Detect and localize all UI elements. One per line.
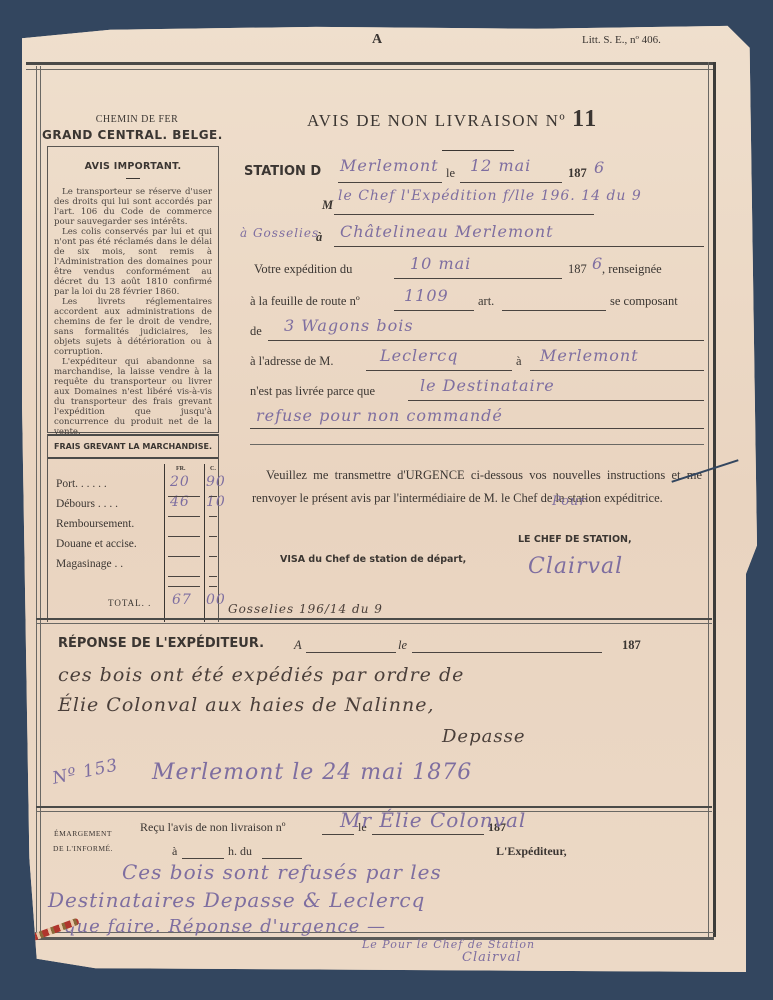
response-text-line2: Élie Colonval aux haies de Nalinne, xyxy=(58,694,435,716)
notice-paragraph: Les livrets réglementaires accordent aux… xyxy=(54,297,212,357)
ornament-divider xyxy=(442,150,514,151)
response-le-label: le xyxy=(398,638,407,653)
fill-line xyxy=(209,516,217,517)
gosselies-note: à Gosselies xyxy=(240,226,319,240)
year-prefix: 187 xyxy=(568,166,587,181)
station-label: STATION D xyxy=(244,164,321,179)
receipt-text-line1: Ces bois sont refusés par les xyxy=(122,860,442,884)
recu-a-label: à xyxy=(172,844,177,859)
adresse-a-label: à xyxy=(516,354,522,369)
fill-line xyxy=(168,556,200,557)
chef-signature: Clairval xyxy=(528,554,623,579)
fill-line xyxy=(168,586,200,587)
fill-line xyxy=(394,310,474,311)
document-sheet: A Litt. S. E., nº 406. CHEMIN DE FER GRA… xyxy=(22,24,757,972)
fill-line xyxy=(408,400,704,401)
expediteur-label: L'Expéditeur, xyxy=(496,844,567,859)
document-title: AVIS DE NON LIVRAISON Nº11 xyxy=(307,106,598,133)
title-number: 11 xyxy=(572,106,598,132)
composant-label: se composant xyxy=(610,294,678,309)
recu-h-label: h. du xyxy=(228,844,252,859)
expedition-label: Votre expédition du xyxy=(254,262,352,277)
emargement-label: ÉMARGEMENT DE L'INFORMÉ. xyxy=(42,826,124,856)
total-fr: 67 xyxy=(172,592,192,608)
fill-line xyxy=(209,556,217,557)
route-annotation: Gosselies 196/14 du 9 xyxy=(228,602,383,616)
notice-paragraph: Les colis conservés par lui et qui n'ont… xyxy=(54,227,212,297)
fill-line xyxy=(268,340,704,341)
charge-row-label: Douane et accise. xyxy=(56,538,137,550)
year-suffix: 6 xyxy=(594,158,605,177)
response-text-line1: ces bois ont été expédiés par ordre de xyxy=(58,664,464,686)
feuille-label: à la feuille de route nº xyxy=(250,294,360,309)
fill-line xyxy=(250,428,704,429)
form-letter: A xyxy=(372,32,382,48)
fill-line xyxy=(334,246,704,247)
receipt-text-line3: que faire. Réponse d'urgence — xyxy=(64,916,386,937)
fill-line xyxy=(182,858,224,859)
notice-rule xyxy=(126,178,140,179)
title-text: AVIS DE NON LIVRAISON Nº xyxy=(307,111,566,130)
instructions-text: Veuillez me transmettre d'URGENCE ci-des… xyxy=(252,464,702,510)
raison-label: n'est pas livrée parce que xyxy=(250,384,375,399)
fill-line xyxy=(306,652,396,653)
response-signature: Depasse xyxy=(442,726,525,747)
fill-line xyxy=(334,214,594,215)
station-value: Merlemont xyxy=(340,156,439,175)
company-name: GRAND CENTRAL. BELGE. xyxy=(42,110,242,142)
fill-line xyxy=(168,536,200,537)
column-divider xyxy=(204,464,205,622)
fill-line xyxy=(262,858,302,859)
frame-border-top xyxy=(26,62,714,70)
chef-de-station-label: LE CHEF DE STATION, xyxy=(518,534,632,545)
fill-line xyxy=(209,496,217,497)
charge-row-label: Débours . . . . xyxy=(56,498,118,510)
a-label: à xyxy=(316,230,322,245)
fill-line xyxy=(394,278,562,279)
fill-line xyxy=(168,496,200,497)
destination-value: Châtelineau Merlemont xyxy=(340,222,554,241)
charge-row-label: Remboursement. xyxy=(56,518,134,530)
charge-row-fr: 20 xyxy=(170,474,190,490)
reason-value-2: refuse pour non commandé xyxy=(256,406,503,425)
notice-paragraph: Le transporteur se réserve d'user des dr… xyxy=(54,187,212,227)
visa-label: VISA du Chef de station de départ, xyxy=(280,554,466,565)
recu-label: Reçu l'avis de non livraison nº xyxy=(140,820,286,835)
column-header-c: C. xyxy=(210,466,216,472)
charge-row-label: Magasinage . . xyxy=(56,558,123,570)
date-le-label: le xyxy=(446,166,455,181)
fill-line xyxy=(502,310,606,311)
charges-table: FRAIS GREVANT LA MARCHANDISE. FR. C. Por… xyxy=(47,434,219,622)
total-c: 00 xyxy=(206,592,226,608)
renseignee-label: , renseignée xyxy=(602,262,662,277)
total-label: TOTAL. . xyxy=(108,598,151,608)
fill-line xyxy=(168,576,200,577)
chef-signature-note: Pour xyxy=(552,494,587,509)
notice-paragraph: L'expéditeur qui abandonne sa marchandis… xyxy=(54,357,212,437)
receipt-text-line2: Destinataires Depasse & Leclercq xyxy=(48,888,425,912)
important-notice-box: AVIS IMPORTANT. Le transporteur se réser… xyxy=(47,146,219,433)
recipient-value: le Chef l'Expédition f/lle 196. 14 du 9 xyxy=(338,188,642,204)
fill-line xyxy=(372,834,484,835)
charges-heading: FRAIS GREVANT LA MARCHANDISE. xyxy=(48,434,218,459)
m-label: M xyxy=(322,198,333,213)
consignee-town: Merlemont xyxy=(540,346,639,365)
adresse-label: à l'adresse de M. xyxy=(250,354,333,369)
fill-line xyxy=(209,576,217,577)
fill-line xyxy=(338,182,442,183)
fill-line xyxy=(168,516,200,517)
column-header-fr: FR. xyxy=(176,466,186,472)
response-a-label: A xyxy=(294,638,302,653)
fill-line xyxy=(460,182,562,183)
emargement-line1: ÉMARGEMENT xyxy=(42,826,124,841)
receipt-footer-signature: Clairval xyxy=(462,950,521,965)
contents-value: 3 Wagons bois xyxy=(284,316,414,335)
date-value: 12 mai xyxy=(470,156,531,175)
receipt-name: Mr Élie Colonval xyxy=(340,808,526,832)
section-divider xyxy=(36,618,712,624)
expedition-year-prefix: 187 xyxy=(568,262,587,277)
response-heading: RÉPONSE DE L'EXPÉDITEUR. xyxy=(58,636,264,651)
response-year: 187 xyxy=(622,638,641,653)
reason-value-1: le Destinataire xyxy=(420,376,555,395)
expedition-date: 10 mai xyxy=(410,254,471,273)
emargement-line2: DE L'INFORMÉ. xyxy=(42,841,124,856)
consignee-value: Leclercq xyxy=(380,346,459,365)
column-divider xyxy=(164,464,165,622)
fill-line xyxy=(530,370,704,371)
form-reference: Litt. S. E., nº 406. xyxy=(582,34,661,46)
response-ref-number: Nº 153 xyxy=(51,755,120,788)
fill-line xyxy=(366,370,512,371)
fill-line xyxy=(322,834,354,835)
fill-line xyxy=(209,586,217,587)
section-divider xyxy=(250,444,704,445)
charge-row-label: Port. . . . . . xyxy=(56,478,107,490)
charge-row-c: 90 xyxy=(206,474,226,490)
fill-line xyxy=(209,536,217,537)
art-label: art. xyxy=(478,294,494,309)
feuille-value: 1109 xyxy=(404,286,449,305)
de-label: de xyxy=(250,324,262,339)
response-dated-line: Merlemont le 24 mai 1876 xyxy=(152,760,472,785)
notice-heading: AVIS IMPORTANT. xyxy=(48,161,218,172)
fill-line xyxy=(412,652,602,653)
